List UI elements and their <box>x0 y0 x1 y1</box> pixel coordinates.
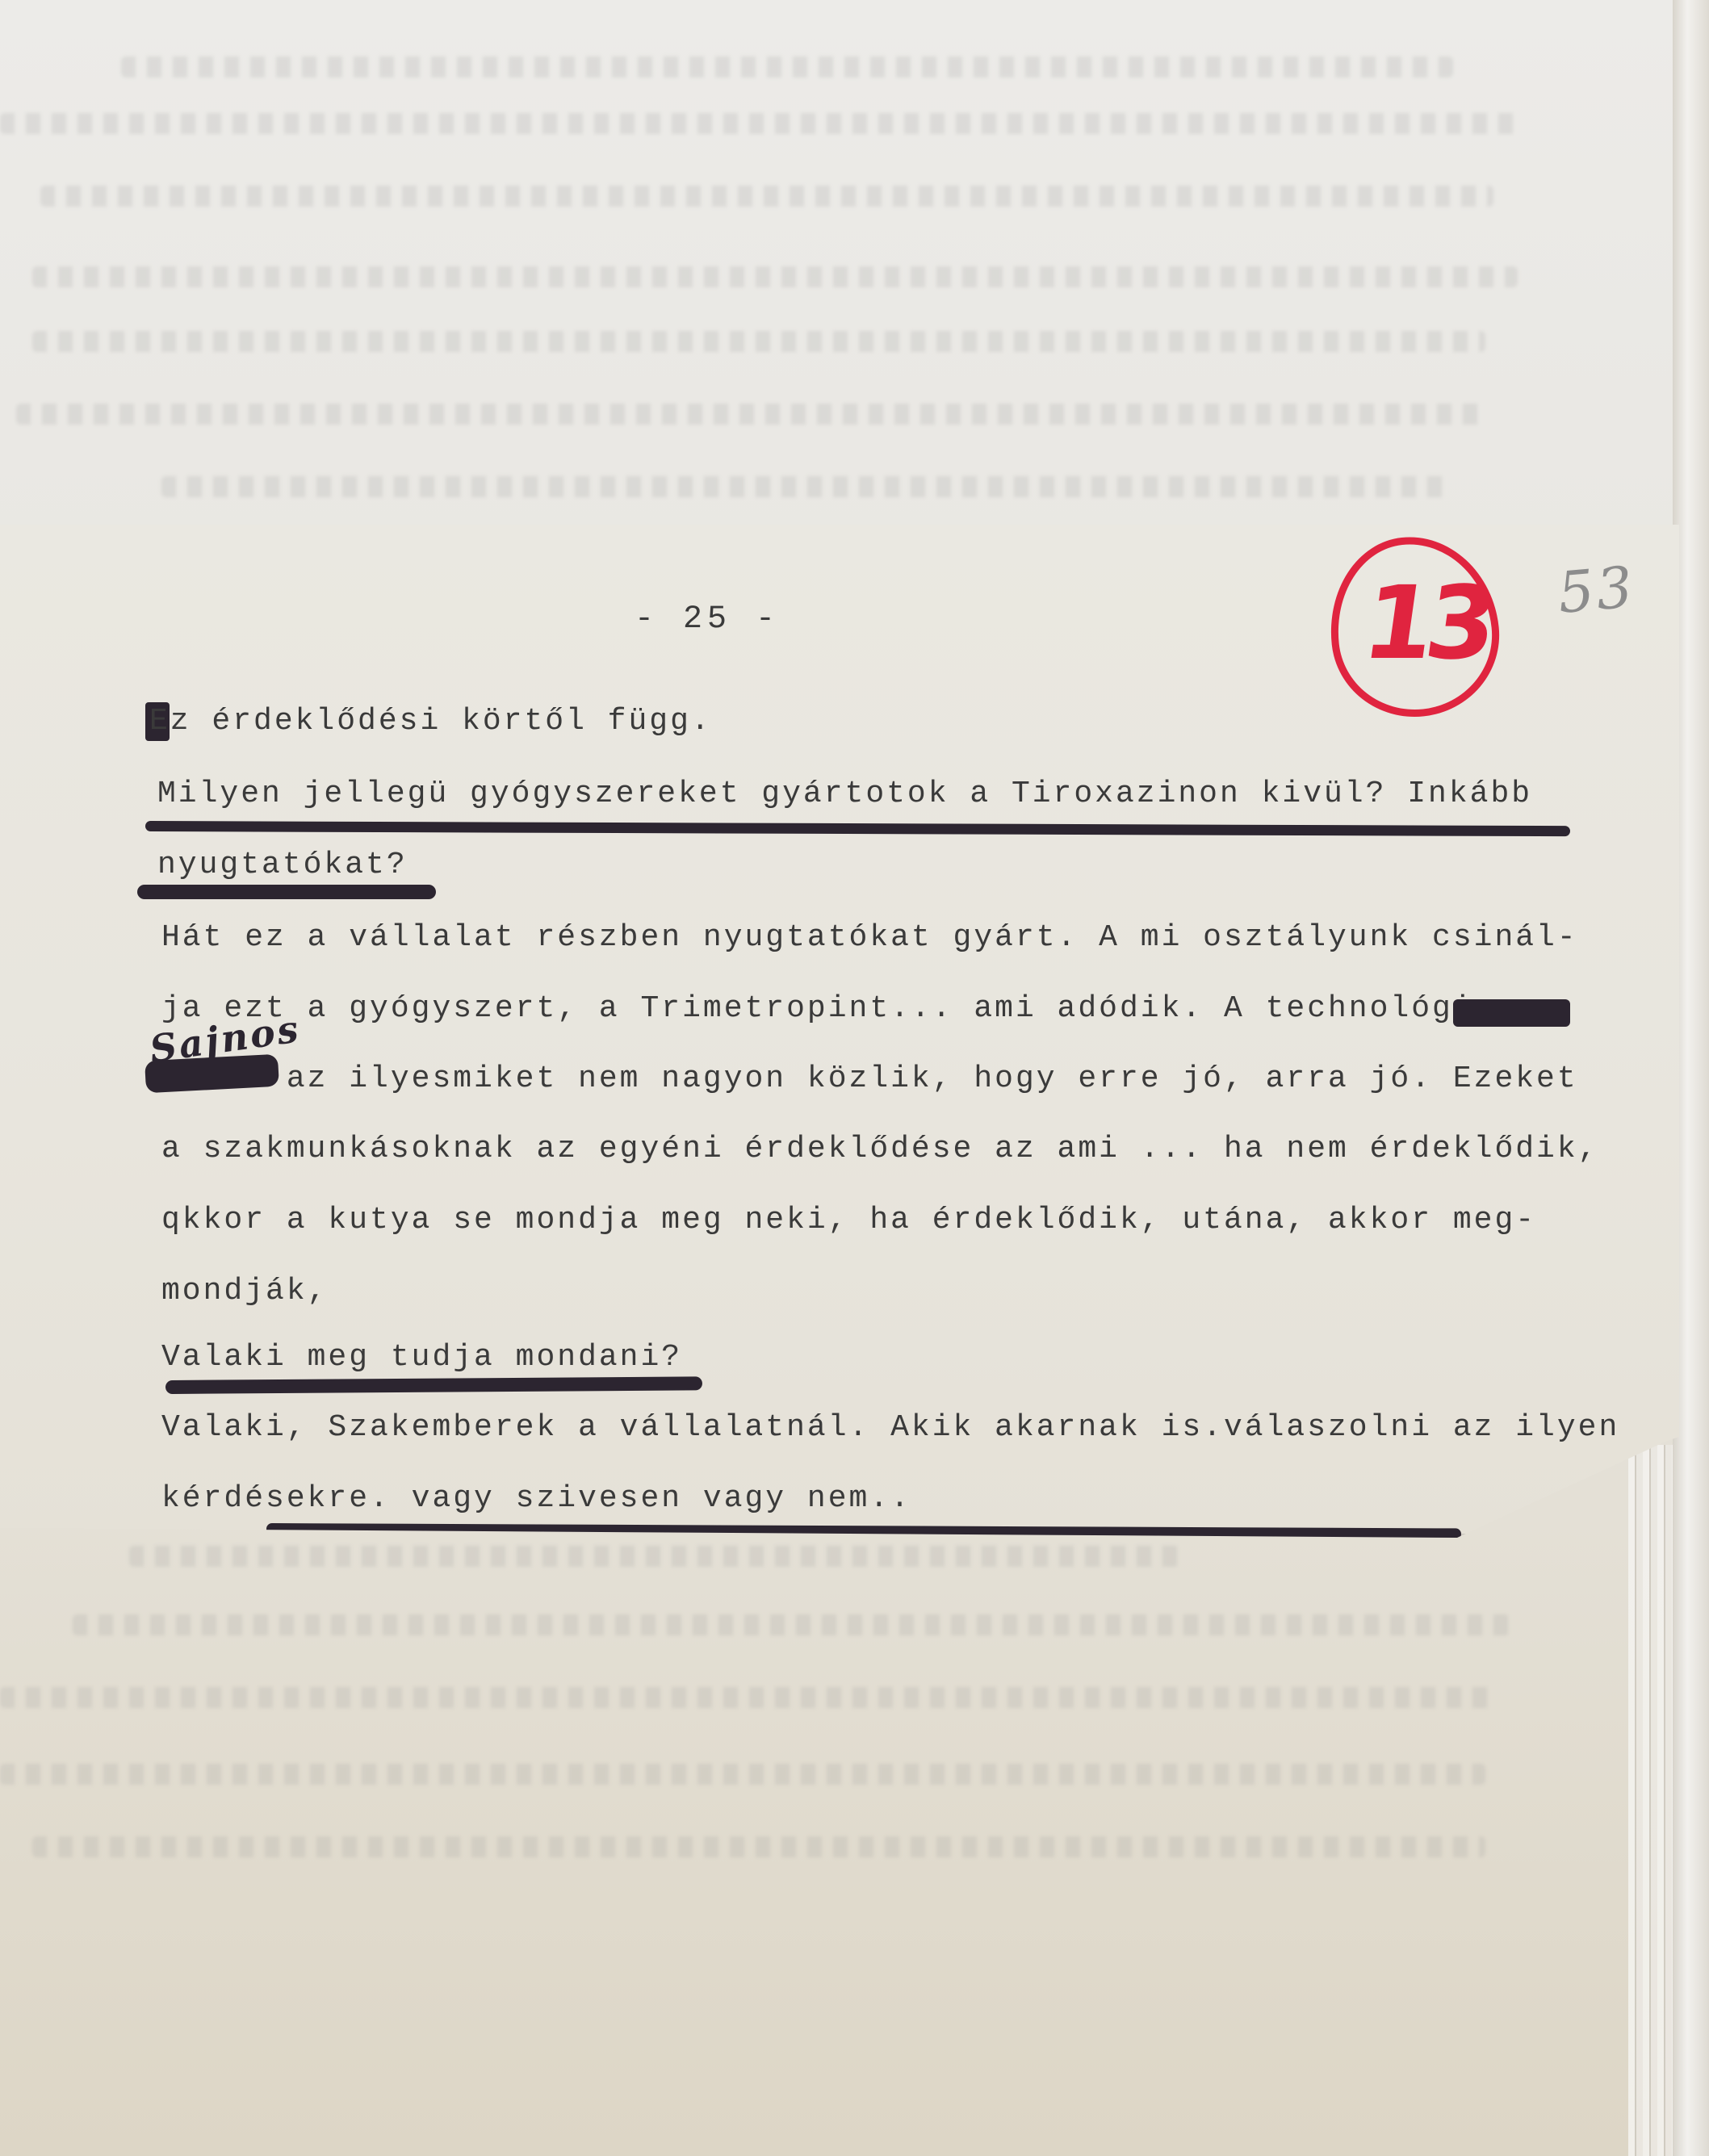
faded-text-line <box>0 1764 1485 1785</box>
question-line: Valaki meg tudja mondani? <box>161 1340 682 1375</box>
faded-text-line <box>121 57 1453 77</box>
faded-text-line <box>16 404 1485 425</box>
text-line: a szakmunkásoknak az egyéni érdeklődése … <box>161 1132 1598 1166</box>
marker-underline <box>137 885 436 899</box>
text-line: kérdésekre. vagy szivesen vagy nem.. <box>161 1481 911 1516</box>
question-line: nyugtatókat? <box>157 848 408 882</box>
text-line: Ez érdeklődési körtől függ. <box>149 704 712 739</box>
faded-text-line <box>32 266 1518 287</box>
faded-text-line <box>32 1836 1485 1857</box>
text-line: Valaki, Szakemberek a vállalatnál. Akik … <box>161 1410 1619 1445</box>
paper-stack-edge <box>1628 1445 1677 2156</box>
question-line: Milyen jellegü gyógyszereket gyártotok a… <box>157 777 1532 811</box>
page-number: - 25 - <box>635 601 780 638</box>
pencil-page-number: 53 <box>1556 554 1638 626</box>
marker-underline <box>165 1376 702 1394</box>
text-line: mondják, <box>161 1274 328 1308</box>
faded-text-line <box>129 1546 1179 1567</box>
text-line: qkkor a kutya se mondja meg neki, ha érd… <box>161 1203 1536 1237</box>
pasted-transcript-slip: - 25 - 13 53 Ez érdeklődési körtől függ.… <box>0 525 1679 1534</box>
circled-number: 13 <box>1356 565 1469 682</box>
text-line: ja ezt a gyógyszert, a Trimetropint... a… <box>161 991 1578 1026</box>
faded-text-line <box>0 1687 1493 1708</box>
faded-text-line <box>161 476 1453 497</box>
faded-text-line <box>73 1614 1510 1635</box>
faded-text-line <box>40 186 1493 207</box>
ink-redaction <box>1453 999 1570 1027</box>
transcript-text: - 25 - 13 53 Ez érdeklődési körtől függ.… <box>0 525 1679 1534</box>
marker-underline <box>145 821 1570 836</box>
faded-text-line <box>32 331 1485 352</box>
faded-text-line <box>0 113 1518 134</box>
text-line: Hát ez a vállalat részben nyugtatókat gy… <box>161 920 1578 955</box>
text-line: az ilyesmiket nem nagyon közlik, hogy er… <box>161 1061 1578 1096</box>
